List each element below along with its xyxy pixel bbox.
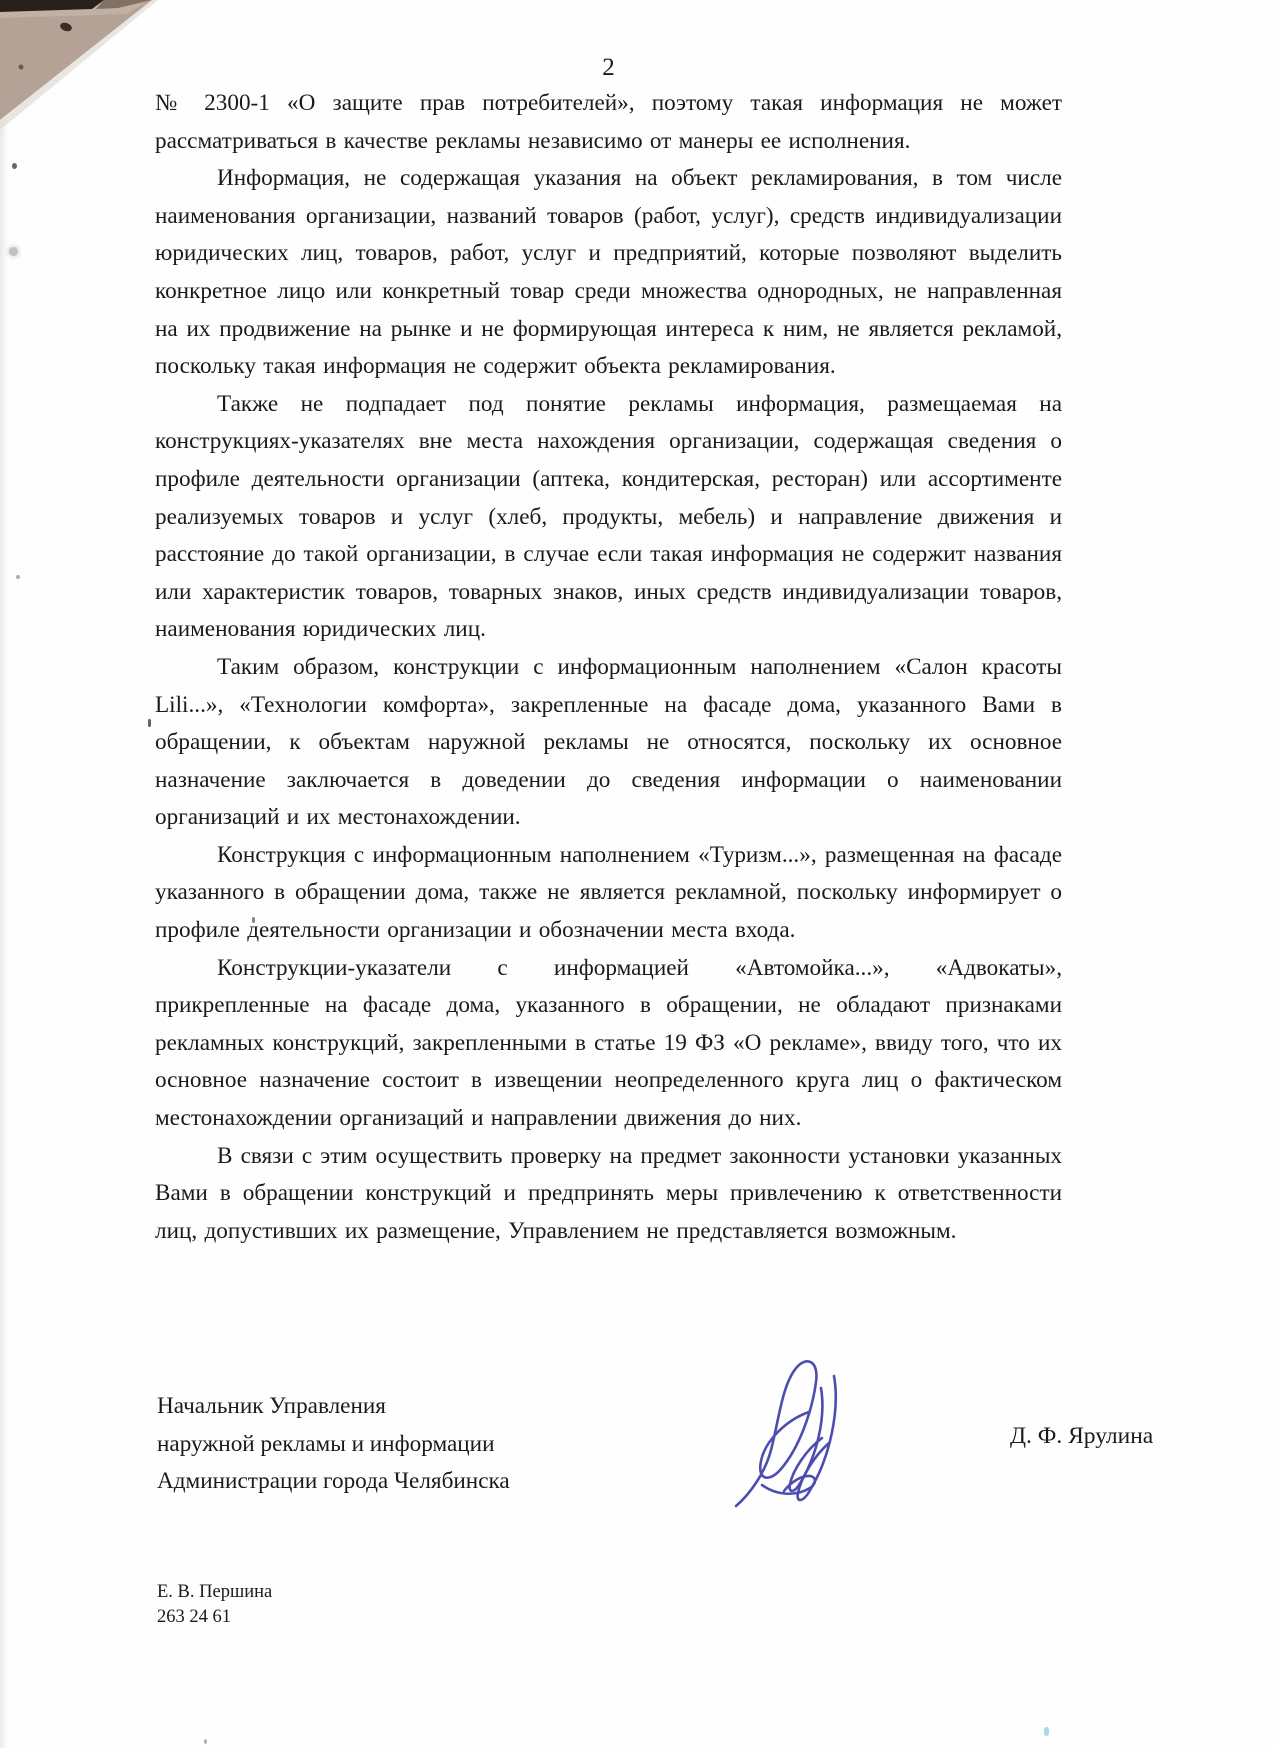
scan-corner-fold-artifact xyxy=(0,0,175,135)
scan-speck xyxy=(1044,1727,1049,1736)
scan-speck xyxy=(148,719,151,727)
body-paragraph: Конструкция с информационным наполнением… xyxy=(155,837,1062,950)
executor-phone: 263 24 61 xyxy=(157,1605,272,1630)
body-paragraph: Информация, не содержащая указания на об… xyxy=(155,160,1062,386)
letter-body: № 2300-1 «О защите прав потребителей», п… xyxy=(155,85,1062,1250)
executor-name: Е. В. Першина xyxy=(157,1580,272,1605)
body-paragraph: В связи с этим осуществить проверку на п… xyxy=(155,1138,1062,1251)
handwritten-signature xyxy=(712,1346,872,1516)
position-line: наружной рекламы и информации xyxy=(157,1426,510,1464)
scan-left-edge-shadow xyxy=(0,0,8,1748)
scan-speck xyxy=(204,1739,207,1744)
position-line: Начальник Управления xyxy=(157,1388,510,1426)
scan-speck xyxy=(9,247,18,256)
executor-block: Е. В. Першина 263 24 61 xyxy=(157,1580,272,1630)
body-paragraph: № 2300-1 «О защите прав потребителей», п… xyxy=(155,85,1062,160)
scan-speck xyxy=(16,575,20,579)
signer-name: Д. Ф. Ярулина xyxy=(1010,1423,1153,1450)
body-paragraph: Также не подпадает под понятие рекламы и… xyxy=(155,386,1062,649)
page-number: 2 xyxy=(155,54,1062,82)
body-paragraph: Таким образом, конструкции с информацион… xyxy=(155,649,1062,837)
position-line: Администрации города Челябинска xyxy=(157,1463,510,1501)
body-paragraph: Конструкции-указатели с информацией «Авт… xyxy=(155,950,1062,1138)
scanned-letter-page: { "page": { "number": "2" }, "document":… xyxy=(0,0,1276,1748)
scan-speck xyxy=(12,163,17,169)
signature-position-block: Начальник Управления наружной рекламы и … xyxy=(157,1388,510,1501)
